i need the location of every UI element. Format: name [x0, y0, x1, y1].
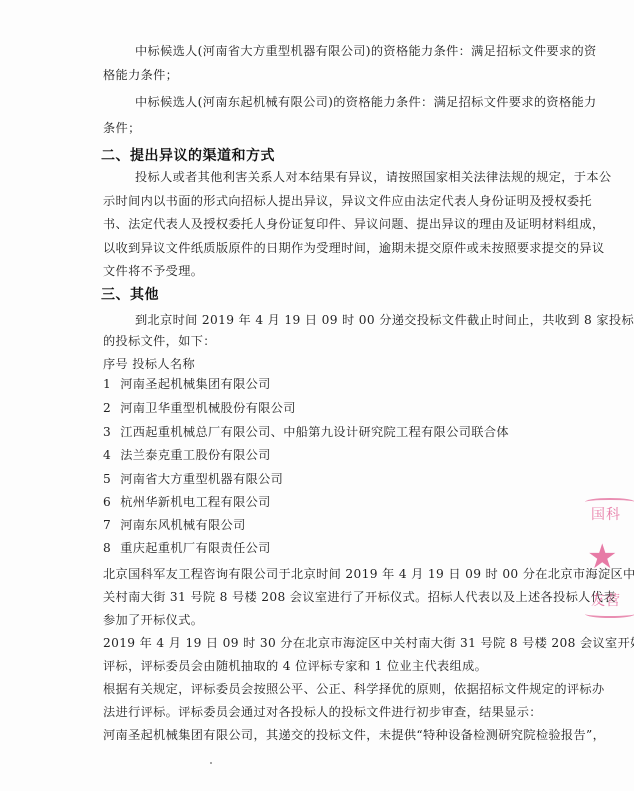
bidder-row: 7 河南东风机械有限公司	[103, 517, 246, 533]
bidder-number: 2	[103, 400, 116, 416]
stamp-text-bottom: 友营	[591, 590, 621, 610]
bidder-row: 3 江西起重机械总厂有限公司、中船第九设计研究院工程有限公司联合体	[103, 424, 509, 440]
section-2-line-5: 文件将不予受理。	[103, 263, 203, 279]
section-3-heading: 三、其他	[101, 286, 159, 304]
opening-line-1: 北京国科军友工程咨询有限公司于北京时间 2019 年 4 月 19 日 09 时…	[103, 566, 634, 582]
bidder-row: 4 法兰泰克重工股份有限公司	[103, 447, 271, 463]
bidder-row: 2 河南卫华重型机械股份有限公司	[103, 400, 296, 416]
bidder-list-header: 序号 投标人名称	[103, 356, 195, 372]
document-page: 中标候选人(河南省大方重型机器有限公司)的资格能力条件：满足招标文件要求的资 格…	[0, 0, 634, 791]
section-2-line-1: 投标人或者其他利害关系人对本结果有异议，请按照国家相关法律法规的规定，于本公	[135, 169, 611, 185]
opening-line-3: 参加了开标仪式。	[103, 612, 203, 628]
scan-speck	[210, 762, 212, 764]
bidder-number: 7	[103, 517, 116, 533]
rules-line-2: 法进行评标。评标委员会通过对各投标人的投标文件进行初步审查，结果显示：	[103, 704, 542, 720]
opening-line-2: 关村南大街 31 号院 8 号楼 208 会议室进行了开标仪式。招标人代表以及上…	[103, 589, 616, 605]
section-2-heading: 二、提出异议的渠道和方式	[101, 147, 275, 165]
section-3-intro-line-2: 的投标文件，如下：	[103, 333, 216, 349]
section-2-line-4: 以收到异议文件纸质版原件的日期作为受理时间，逾期未提交原件或未按照要求提交的异议	[103, 240, 605, 256]
bidder-number: 5	[103, 471, 116, 487]
qualification-1-line-1: 中标候选人(河南省大方重型机器有限公司)的资格能力条件：满足招标文件要求的资	[135, 43, 597, 59]
bidder-number: 8	[103, 540, 116, 556]
stamp-text-top: 国科	[591, 504, 621, 524]
bidder-name: 河南圣起机械集团有限公司	[120, 377, 270, 391]
qualification-1-line-2: 格能力条件；	[103, 67, 178, 83]
bidder-row: 8 重庆起重机厂有限责任公司	[103, 540, 271, 556]
bidder-number: 6	[103, 494, 116, 510]
evaluation-line-2: 评标，评标委员会由随机抽取的 4 位评标专家和 1 位业主代表组成。	[103, 658, 487, 674]
bidder-row: 5 河南省大方重型机器有限公司	[103, 471, 283, 487]
stamp-arc-bottom	[585, 610, 634, 618]
bidder-name: 河南东风机械有限公司	[120, 518, 245, 532]
qualification-2-line-1: 中标候选人(河南东起机械有限公司)的资格能力条件：满足招标文件要求的资格能力	[135, 94, 597, 110]
evaluation-line-1: 2019 年 4 月 19 日 09 时 30 分在北京市海淀区中关村南大街 3…	[103, 635, 634, 651]
bidder-name: 河南省大方重型机器有限公司	[120, 472, 283, 486]
bidder-number: 4	[103, 447, 116, 463]
bidder-number: 1	[103, 376, 116, 392]
section-3-intro-line-1: 到北京时间 2019 年 4 月 19 日 09 时 00 分递交投标文件截止时…	[135, 312, 634, 328]
bidder-name: 重庆起重机厂有限责任公司	[120, 541, 270, 555]
section-2-line-3: 书、法定代表人及授权委托人身份证复印件、异议问题、提出异议的理由及证明材料组成，	[103, 216, 605, 232]
bidder-name: 杭州华新机电工程有限公司	[120, 495, 270, 509]
star-icon: ★	[587, 540, 617, 574]
section-2-line-2: 示时间内以书面的形式向招标人提出异议，异议文件应由法定代表人身份证明及授权委托	[103, 193, 592, 209]
bidder-name: 江西起重机械总厂有限公司、中船第九设计研究院工程有限公司联合体	[120, 425, 509, 439]
qualification-2-line-2: 条件；	[103, 120, 141, 136]
bidder-name: 法兰泰克重工股份有限公司	[120, 448, 270, 462]
bidder-name: 河南卫华重型机械股份有限公司	[120, 401, 296, 415]
company-seal-stamp: 国科 ★ 友营	[585, 490, 634, 625]
bidder-row: 1 河南圣起机械集团有限公司	[103, 376, 271, 392]
result-line-1: 河南圣起机械集团有限公司，其递交的投标文件，未提供“特种设备检测研究院检验报告”…	[103, 727, 605, 743]
rules-line-1: 根据有关规定，评标委员会按照公平、公正、科学择优的原则，依据招标文件规定的评标办	[103, 681, 605, 697]
bidder-row: 6 杭州华新机电工程有限公司	[103, 494, 271, 510]
bidder-number: 3	[103, 424, 116, 440]
